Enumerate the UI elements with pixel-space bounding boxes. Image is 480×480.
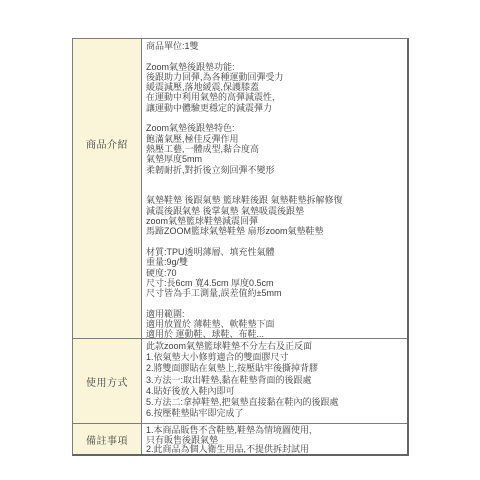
text-line: 3.方法一:取出鞋墊,黏在鞋墊背面的後跟處	[146, 375, 403, 386]
text-line	[146, 113, 403, 123]
text-line: 尺寸:長6cm 寬4.5cm 厚度0.5cm	[146, 278, 403, 288]
product-description-table: 商品介紹 商品單位:1雙 Zoom氣墊後跟墊功能:後跟助力回彈,為各種運動回彈受…	[72, 38, 409, 456]
text-line: 4.貼好後放入鞋內即可	[146, 386, 403, 397]
text-line	[146, 298, 403, 308]
text-line: 讓運動中體驗更穩定的減震彈力	[146, 103, 403, 113]
text-line: 熱壓工藝,一體成型,黏合度高	[146, 144, 403, 154]
text-line: 2.將雙面膠貼在氣墊上,按壓貼牢後撕掉背膠	[146, 363, 403, 374]
text-line: 緩震減壓,落地緩震,保護膝蓋	[146, 82, 403, 92]
text-line: 減震後跟氣墊 後掌氣墊 氣墊吸震後跟墊	[146, 206, 403, 216]
text-line: 氣墊鞋墊 後跟氣墊 籃球鞋後跟 氣墊鞋墊拆解修復	[146, 195, 403, 205]
text-line: 5.方法二:拿掉鞋墊,把氣墊直接黏在鞋內的後跟處	[146, 397, 403, 408]
text-line	[146, 51, 403, 61]
text-line: 尺寸皆為手工測量,誤差值約±5mm	[146, 288, 403, 298]
text-line: 馬蹄ZOOM籃球氣墊鞋墊 扇形zoom氣墊鞋墊	[146, 226, 403, 236]
text-line	[146, 237, 403, 247]
table-row-product-intro: 商品介紹 商品單位:1雙 Zoom氣墊後跟墊功能:後跟助力回彈,為各種運動回彈受…	[73, 39, 407, 338]
table-row-notes: 備註事項 1.本商品販售不含鞋墊,鞋墊為情境圖使用,只有販售後跟氣墊2.此商品為…	[73, 423, 407, 454]
text-line: 適用範圍:	[146, 309, 403, 319]
text-line: 適用放置於 薄鞋墊、軟鞋墊下面	[146, 319, 403, 329]
text-line: 適用於 運動鞋、球鞋、布鞋...	[146, 329, 403, 338]
text-line: 商品單位:1雙	[146, 41, 403, 51]
text-line: 在運動中利用氣墊的高彈減震性,	[146, 92, 403, 102]
text-line: 材質:TPU透明薄層、填充性氣體	[146, 247, 403, 257]
text-line: 柔韌耐折,對折後立刻回彈不變形	[146, 165, 403, 175]
text-line	[146, 175, 403, 185]
text-line: 硬度:70	[146, 268, 403, 278]
text-line: 氣墊厚度5mm	[146, 154, 403, 164]
text-line: 2.此商品為個人衛生用品,不提供拆封試用	[146, 445, 403, 454]
text-line: 1.依氣墊大小修剪適合的雙面膠尺寸	[146, 352, 403, 363]
text-line: zoom氣墊籃球鞋墊減震回彈	[146, 216, 403, 226]
text-line: 重量:9g/雙	[146, 257, 403, 267]
table-row-usage: 使用方式 此款zoom氣墊籃球鞋墊不分左右及正反面1.依氣墊大小修剪適合的雙面膠…	[73, 338, 407, 423]
row-label-notes: 備註事項	[73, 424, 142, 454]
text-line: 後跟助力回彈,為各種運動回彈受力	[146, 72, 403, 82]
row-label-usage: 使用方式	[73, 339, 142, 423]
text-line: 飽滿氣壓,極佳反彈作用	[146, 134, 403, 144]
text-line: 此款zoom氣墊籃球鞋墊不分左右及正反面	[146, 341, 403, 352]
text-line: Zoom氣墊後跟墊特色:	[146, 123, 403, 133]
text-line: Zoom氣墊後跟墊功能:	[146, 62, 403, 72]
text-line	[146, 185, 403, 195]
text-line: 6.按壓鞋墊貼牢即完成了	[146, 408, 403, 419]
row-content-product-intro: 商品單位:1雙 Zoom氣墊後跟墊功能:後跟助力回彈,為各種運動回彈受力緩震減壓…	[142, 39, 407, 338]
row-content-notes: 1.本商品販售不含鞋墊,鞋墊為情境圖使用,只有販售後跟氣墊2.此商品為個人衛生用…	[142, 424, 407, 454]
row-content-usage: 此款zoom氣墊籃球鞋墊不分左右及正反面1.依氣墊大小修剪適合的雙面膠尺寸2.將…	[142, 339, 407, 423]
row-label-product-intro: 商品介紹	[73, 39, 142, 338]
